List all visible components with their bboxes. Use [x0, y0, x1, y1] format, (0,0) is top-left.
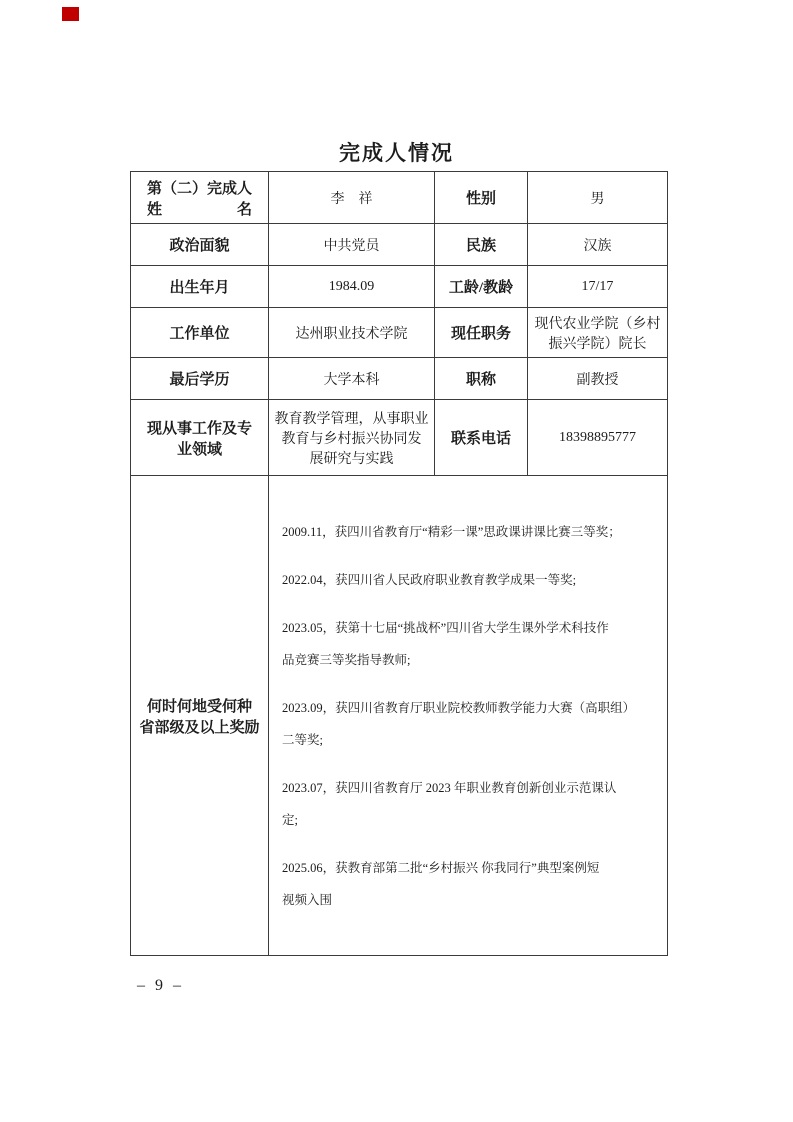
table-row: 最后学历 大学本科 职称 副教授: [131, 358, 668, 400]
value-ethnicity: 汉族: [528, 224, 668, 266]
value-birth-date: 1984.09: [269, 266, 435, 308]
label-completer-name: 第（二）完成人 姓 名: [131, 172, 269, 224]
awards-cell: 2009.11，获四川省教育厅“精彩一课”思政课讲课比赛三等奖； 2022.04…: [269, 476, 668, 956]
value-professional-title: 副教授: [528, 358, 668, 400]
value-work-teaching-age: 17/17: [528, 266, 668, 308]
value-current-position: 现代农业学院（乡村 振兴学院）院长: [528, 308, 668, 358]
label-awards: 何时何地受何种 省部级及以上奖励: [131, 476, 269, 956]
info-table: 第（二）完成人 姓 名 李 祥 性别 男 政治面貌 中共党员 民族 汉族 出生年…: [130, 171, 668, 956]
label-ethnicity: 民族: [435, 224, 528, 266]
label-birth-date: 出生年月: [131, 266, 269, 308]
value-contact-phone: 18398895777: [528, 400, 668, 476]
page-title: 完成人情况: [0, 137, 793, 167]
label-contact-phone: 联系电话: [435, 400, 528, 476]
label-current-work-field: 现从事工作及专 业领域: [131, 400, 269, 476]
label-work-unit: 工作单位: [131, 308, 269, 358]
label-political-status: 政治面貌: [131, 224, 269, 266]
page-number: – 9 –: [137, 977, 184, 995]
table-row: 第（二）完成人 姓 名 李 祥 性别 男: [131, 172, 668, 224]
value-completer-name: 李 祥: [269, 172, 435, 224]
label-work-teaching-age: 工龄/教龄: [435, 266, 528, 308]
table-row: 政治面貌 中共党员 民族 汉族: [131, 224, 668, 266]
value-gender: 男: [528, 172, 668, 224]
award-item: 2009.11，获四川省教育厅“精彩一课”思政课讲课比赛三等奖；: [282, 516, 657, 548]
value-political-status: 中共党员: [269, 224, 435, 266]
table-row: 出生年月 1984.09 工龄/教龄 17/17: [131, 266, 668, 308]
label-current-position: 现任职务: [435, 308, 528, 358]
label-professional-title: 职称: [435, 358, 528, 400]
table-row: 工作单位 达州职业技术学院 现任职务 现代农业学院（乡村 振兴学院）院长: [131, 308, 668, 358]
award-item: 2023.09，获四川省教育厅职业院校教师教学能力大赛（高职组） 二等奖;: [282, 692, 657, 756]
label-gender: 性别: [435, 172, 528, 224]
red-stamp: [62, 7, 79, 21]
award-item: 2023.05，获第十七届“挑战杯”四川省大学生课外学术科技作 品竞赛三等奖指导…: [282, 612, 657, 676]
award-item: 2022.04，获四川省人民政府职业教育教学成果一等奖;: [282, 564, 657, 596]
document-page: 完成人情况 第（二）完成人 姓 名 李 祥 性别 男 政治面貌 中共党员 民族 …: [0, 0, 793, 1122]
award-item: 2025.06，获教育部第二批“乡村振兴 你我同行”典型案例短 视频入围: [282, 852, 657, 916]
value-final-education: 大学本科: [269, 358, 435, 400]
label-final-education: 最后学历: [131, 358, 269, 400]
award-item: 2023.07，获四川省教育厅 2023 年职业教育创新创业示范课认 定;: [282, 772, 657, 836]
value-current-work-field: 教育教学管理，从事职业 教育与乡村振兴协同发 展研究与实践: [269, 400, 435, 476]
value-work-unit: 达州职业技术学院: [269, 308, 435, 358]
table-row: 何时何地受何种 省部级及以上奖励 2009.11，获四川省教育厅“精彩一课”思政…: [131, 476, 668, 956]
table-row: 现从事工作及专 业领域 教育教学管理，从事职业 教育与乡村振兴协同发 展研究与实…: [131, 400, 668, 476]
